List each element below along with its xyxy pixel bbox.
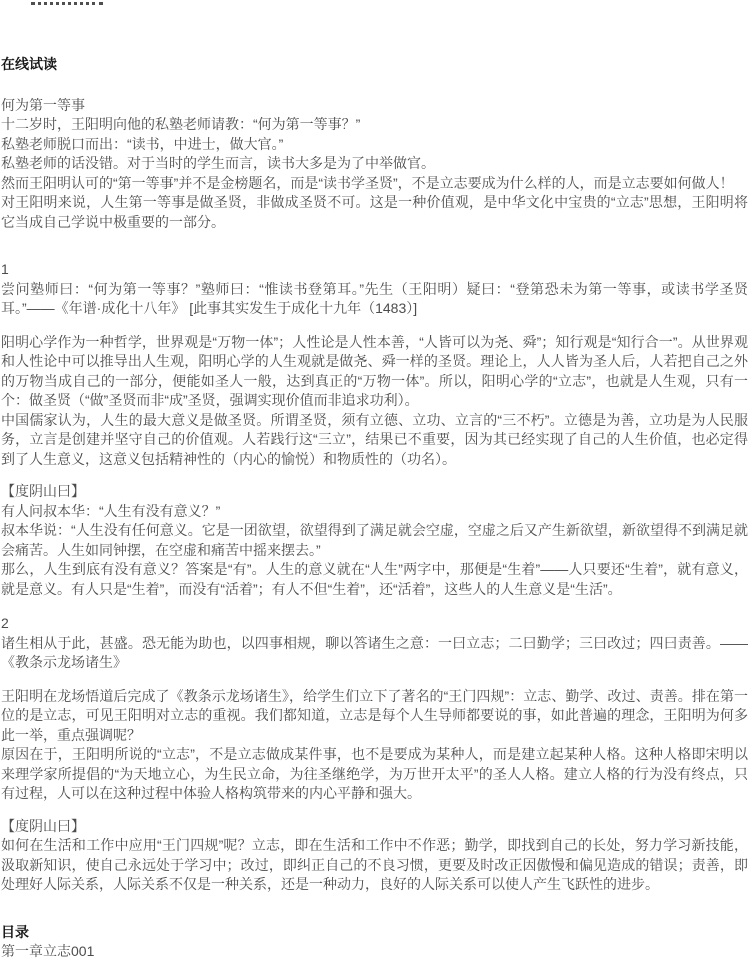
section-number: 1 (1, 260, 748, 280)
paragraph: 十二岁时，王阳明向他的私塾老师请教：“何为第一等事？” (1, 115, 748, 135)
paragraph: 然而王阳明认可的“第一等事”并不是金榜题名，而是“读书学圣贤”，不是立志要成为什… (1, 174, 748, 194)
paragraph: 中国儒家认为，人生的最大意义是做圣贤。所谓圣贤，须有立德、立功、立言的“三不朽”… (1, 411, 748, 470)
online-preview-heading: 在线试读 (1, 55, 748, 75)
paragraph-quote: 诸生相从于此，甚盛。恐无能为助也，以四事相规，聊以答诸生之意：一曰立志；二曰勤学… (1, 634, 748, 673)
paragraph-subtitle: 何为第一等事 (1, 96, 748, 116)
clipped-text-fragment (31, 0, 103, 5)
toc-item: 第一章立志001 (1, 942, 748, 960)
book-preview-document: 在线试读 何为第一等事 十二岁时，王阳明向他的私塾老师请教：“何为第一等事？” … (0, 0, 750, 960)
paragraph: 叔本华说：“人生没有任何意义。它是一团欲望，欲望得到了满足就会空虚，空虚之后又产… (1, 521, 748, 560)
paragraph-commentary-label: 【度阴山曰】 (1, 482, 748, 502)
paragraph: 原因在于，王阳明所说的“立志”，不是立志做成某件事，也不是要成为某种人，而是建立… (1, 745, 748, 804)
paragraph-commentary-label: 【度阴山曰】 (1, 817, 748, 837)
paragraph: 如何在生活和工作中应用“王门四规”呢？立志，即在生活和工作中不作恶；勤学，即找到… (1, 836, 748, 895)
paragraph: 私塾老师的话没错。对于当时的学生而言，读书大多是为了中举做官。 (1, 154, 748, 174)
paragraph: 王阳明在龙场悟道后完成了《教条示龙场诸生》，给学生们立下了著名的“王门四规”：立… (1, 687, 748, 746)
paragraph: 私塾老师脱口而出：“读书，中进士，做大官。” (1, 135, 748, 155)
paragraph: 对王阳明来说，人生第一等事是做圣贤，非做成圣贤不可。这是一种价值观，是中华文化中… (1, 193, 748, 232)
toc-heading: 目录 (1, 923, 748, 943)
paragraph-quote: 尝问塾师曰：“何为第一等事？”塾师曰：“惟读书登第耳。”先生（王阳明）疑曰：“登… (1, 280, 748, 319)
paragraph: 那么，人生到底有没有意义？答案是“有”。人生的意义就在“人生”两字中，那便是“生… (1, 560, 748, 599)
page: { "colors": { "background": "#ffffff", "… (0, 0, 750, 960)
paragraph: 有人问叔本华：“人生有没有意义？” (1, 502, 748, 522)
section-number: 2 (1, 614, 748, 634)
paragraph: 阳明心学作为一种哲学，世界观是“万物一体”；人性论是人性本善，“人皆可以为尧、舜… (1, 333, 748, 411)
